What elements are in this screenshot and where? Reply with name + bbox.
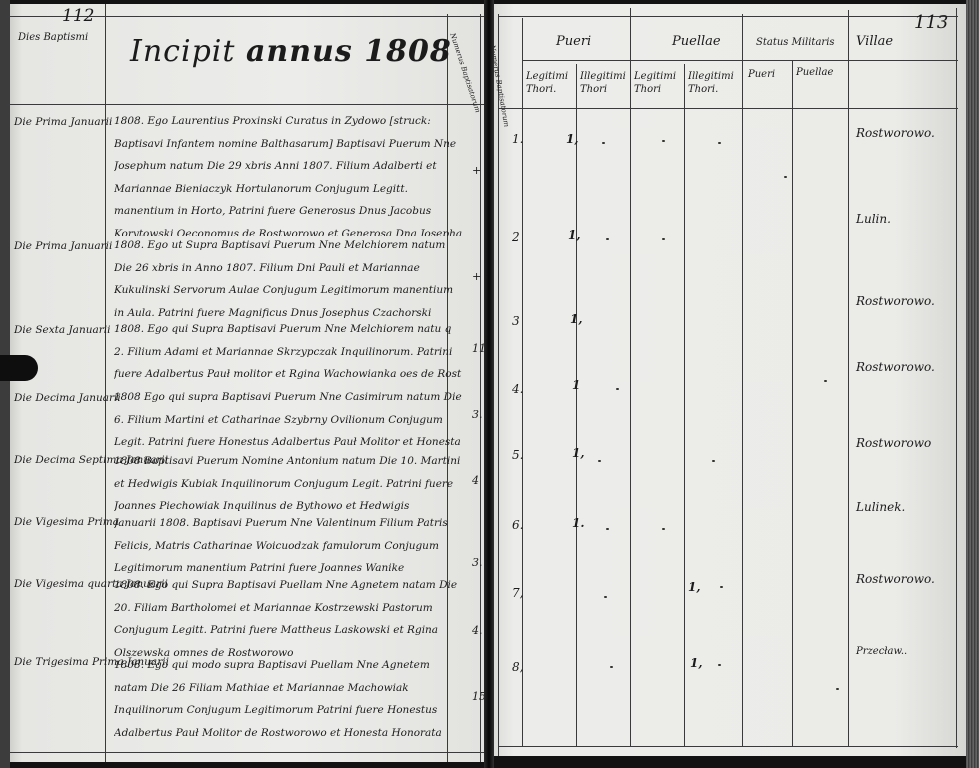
rule-page-edge (956, 8, 957, 748)
book-edge-right (966, 0, 979, 768)
rule-militaris-end (848, 10, 849, 746)
entry-text: 1808. Ego qui Supra Baptisavi Puellam Nn… (114, 574, 464, 662)
entry-day: Die Vigesima Prima (14, 516, 119, 528)
header-status-militaris: Status Militaris (756, 37, 835, 48)
rule-militaris-split (792, 60, 793, 746)
entry-text: 1808 Ego qui supra Baptisavi Puerum Nne … (114, 386, 464, 454)
row-number: 3 (512, 314, 520, 328)
entry-text: 1808. Ego ut Supra Baptisavi Puerum Nne … (114, 234, 464, 324)
row-number: 6. (512, 518, 523, 532)
rule-subheader (522, 60, 958, 61)
placeholder-dash (718, 142, 721, 144)
village-name: Lulin. (856, 212, 891, 226)
entry-margin-mark: 15. (472, 690, 484, 703)
row-number: 2 (512, 230, 520, 244)
entry-margin-mark: 3. (472, 556, 483, 569)
pueri-legitimi-mark: 1, (570, 312, 583, 326)
entry-margin-mark: 4 (472, 474, 479, 487)
left-page: 112 Dies Baptismi Incipit annus 1808 Num… (10, 4, 484, 762)
row-number: 4. (512, 382, 523, 396)
placeholder-dash (662, 238, 665, 240)
row-number: 1. (512, 132, 523, 146)
book-binding (484, 0, 494, 768)
entry-text: 1808 Baptisavi Puerum Nomine Antonium na… (114, 450, 464, 516)
placeholder-dash (718, 664, 721, 666)
header-numerus: Numerus Baptisatorum (494, 44, 512, 128)
rule-top (498, 16, 958, 17)
pueri-legitimi-mark: 1. (572, 516, 585, 530)
subheader-puellae-legitimi: Legitimi Thori (634, 70, 682, 96)
pueri-legitimi-mark: 1, (572, 446, 585, 460)
subheader-puellae-illegitimi: Illegitimi Thori. (688, 70, 740, 96)
column-header-dies-baptismi: Dies Baptismi (18, 32, 88, 43)
puellae-legitimi-mark: 1, (690, 656, 703, 670)
row-number: 7, (512, 586, 523, 600)
puellae-legitimi-mark: 1, (688, 580, 701, 594)
placeholder-dash (720, 586, 723, 588)
pueri-legitimi-mark: 1 (572, 378, 580, 392)
entry-margin-mark: 4. (472, 624, 483, 637)
entry-day: Die Prima Januarii (14, 240, 112, 252)
page-clip (0, 355, 38, 381)
village-name: Rostworowo (856, 436, 931, 450)
header-villae: Villae (856, 34, 893, 49)
register-spread: 112 Dies Baptismi Incipit annus 1808 Num… (0, 0, 979, 768)
village-name: Rostworowo. (856, 126, 935, 140)
placeholder-dash (662, 140, 665, 142)
placeholder-dash (824, 380, 827, 382)
subheader-pueri-legitimi: Legitimi Thori. (526, 70, 574, 96)
subheader-pueri-illegitimi: Illegitimi Thori (580, 70, 628, 96)
entry-text: Januarii 1808. Baptisavi Puerum Nne Vale… (114, 512, 464, 578)
pueri-legitimi-mark: 1, (568, 228, 581, 242)
village-name: Przecław.. (856, 646, 907, 657)
village-name: Rostworowo. (856, 294, 935, 308)
village-name: Rostworowo. (856, 360, 935, 374)
header-bottom-rule (10, 104, 484, 105)
header-pueri: Pueri (556, 34, 591, 49)
title-year: annus 1808 (246, 34, 452, 69)
placeholder-dash (712, 460, 715, 462)
placeholder-dash (606, 528, 609, 530)
page-number: 112 (62, 6, 94, 26)
page-title: Incipit annus 1808 (130, 34, 452, 69)
placeholder-dash (606, 238, 609, 240)
placeholder-dash (616, 388, 619, 390)
placeholder-dash (836, 688, 839, 690)
subheader-militaris-pueri: Pueri (748, 68, 775, 81)
rule-pueri-split (576, 64, 577, 746)
row-number: 8, (512, 660, 523, 674)
village-name: Rostworowo. (856, 572, 935, 586)
placeholder-dash (604, 596, 607, 598)
subheader-militaris-puellae: Puellae (796, 66, 833, 79)
village-name: Lulinek. (856, 500, 905, 514)
entry-margin-mark: 3. (472, 408, 483, 421)
entry-text: 1808. Ego qui Supra Baptisavi Puerum Nne… (114, 318, 464, 384)
placeholder-dash (610, 666, 613, 668)
entry-margin-mark: + (472, 270, 481, 283)
pueri-legitimi-mark: 1, (566, 132, 579, 146)
entry-text: 1808. Ego qui modo supra Baptisavi Puell… (114, 654, 464, 750)
placeholder-dash (784, 176, 787, 178)
rule-pueri-end (630, 8, 631, 746)
book-edge-left (0, 0, 10, 768)
row-number: 5. (512, 448, 523, 462)
entry-margin-mark: 11 (472, 342, 484, 355)
rule-puellae-split (684, 64, 685, 746)
page-edge-rule (480, 14, 481, 762)
bottom-rule (10, 752, 484, 753)
title-prefix: Incipit (130, 34, 235, 69)
placeholder-dash (602, 142, 605, 144)
header-puellae: Puellae (672, 34, 721, 49)
rule-header-bottom (498, 108, 958, 109)
page-number: 113 (914, 12, 948, 33)
placeholder-dash (598, 460, 601, 462)
entry-day: Die Sexta Januarii (14, 324, 110, 336)
entry-day: Die Prima Januarii (14, 116, 112, 128)
entry-day: Die Decima Januarii (14, 392, 121, 404)
entry-margin-mark: + (472, 164, 481, 177)
rule-bottom (498, 746, 958, 747)
entry-text: 1808. Ego Laurentius Proxinski Curatus i… (114, 110, 464, 236)
right-page: Numerus Baptisatorum Pueri Puellae Statu… (494, 4, 966, 756)
placeholder-dash (662, 528, 665, 530)
rule-puellae-end (742, 14, 743, 746)
